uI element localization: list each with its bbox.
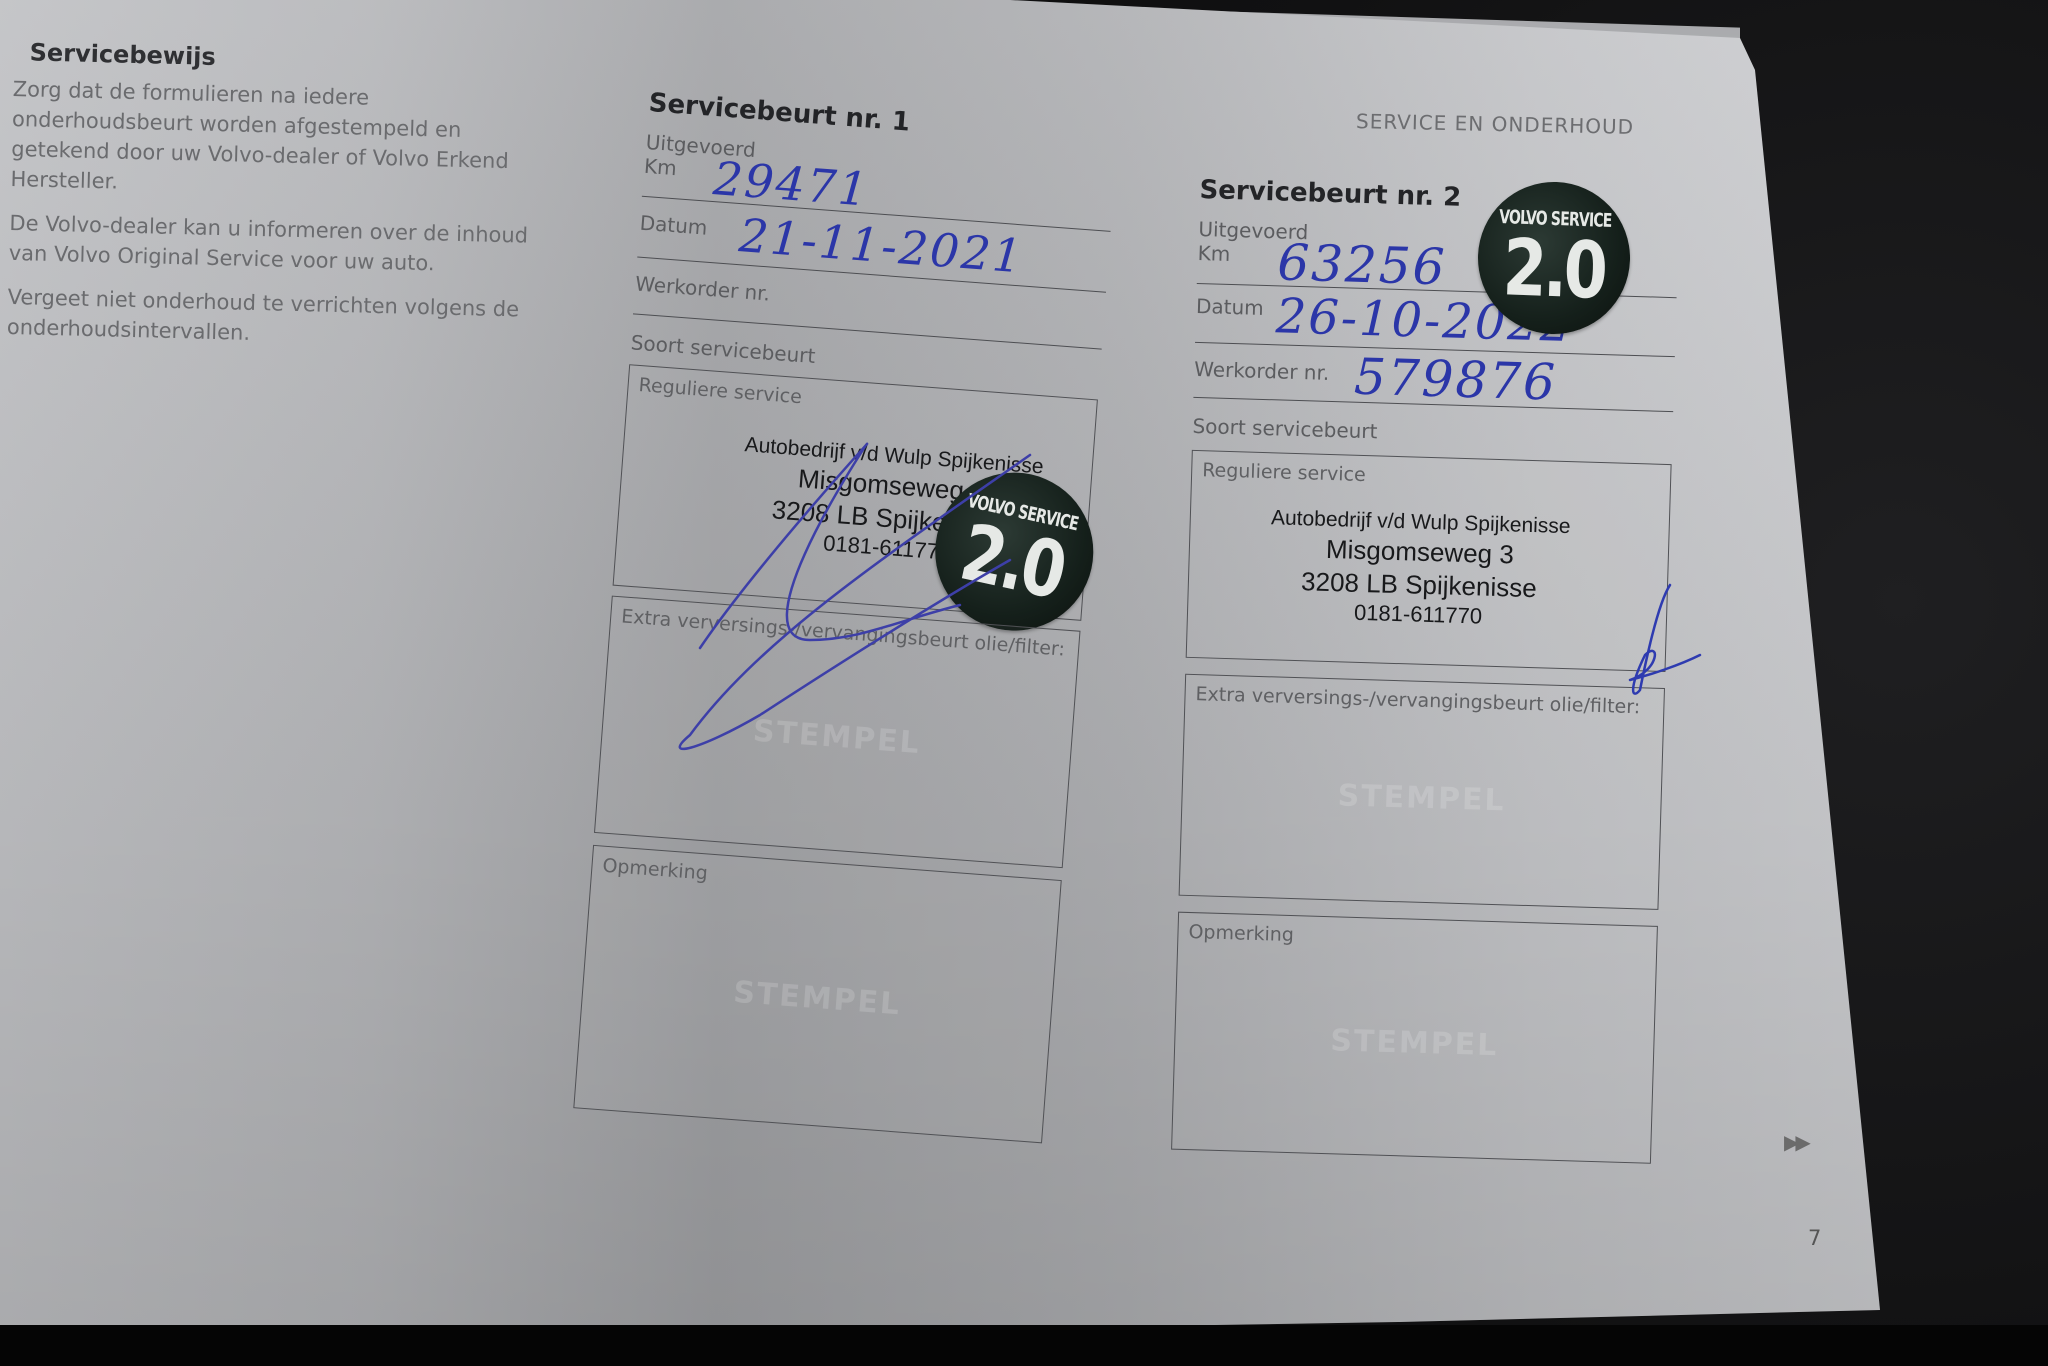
- date-label: Datum: [639, 211, 708, 240]
- extra-service-box[interactable]: Extra verversings-/vervangingsbeurt olie…: [1179, 674, 1665, 910]
- sticker-version: 2.0: [1484, 228, 1624, 313]
- regular-service-label: Reguliere service: [638, 374, 803, 408]
- service-record-1: Servicebeurt nr. 1 Uitgevoerd Km 29471 D…: [573, 88, 1118, 1143]
- service-type-label: Soort servicebeurt: [630, 330, 816, 368]
- stamp-placeholder: STEMPEL: [1182, 774, 1661, 823]
- regular-service-label: Reguliere service: [1202, 459, 1366, 486]
- regular-service-box[interactable]: Reguliere service Autobedrijf v/d Wulp S…: [613, 364, 1098, 621]
- page-number: 7: [1808, 1226, 1821, 1250]
- bottom-shadow: [0, 1325, 2048, 1366]
- km-label: Km: [643, 154, 677, 180]
- intro-paragraph: Vergeet niet onderhoud te verrichten vol…: [7, 282, 548, 355]
- work-order-value: 579876: [1353, 348, 1558, 412]
- remark-label: Opmerking: [602, 855, 709, 885]
- remark-box[interactable]: Opmerking STEMPEL: [573, 845, 1061, 1143]
- stamp-placeholder: STEMPEL: [602, 703, 1071, 773]
- extra-service-label: Extra verversings-/vervangingsbeurt olie…: [1195, 683, 1640, 718]
- remark-label: Opmerking: [1188, 921, 1294, 946]
- regular-service-box[interactable]: Reguliere service Autobedrijf v/d Wulp S…: [1186, 450, 1672, 672]
- stamp-placeholder: STEMPEL: [1175, 1019, 1654, 1068]
- work-order-label: Werkorder nr.: [634, 271, 771, 305]
- next-page-icon: ▶▶: [1784, 1130, 1807, 1154]
- service-type-label: Soort servicebeurt: [1192, 414, 1378, 443]
- work-order-label: Werkorder nr.: [1194, 357, 1330, 385]
- km-label: Km: [1197, 241, 1230, 266]
- service-record-2: Servicebeurt nr. 2 Uitgevoerd Km 63256 D…: [1171, 175, 1680, 1164]
- intro-section: Servicebewijs Zorg dat de formulieren na…: [6, 38, 554, 369]
- stamp-placeholder: STEMPEL: [583, 963, 1052, 1033]
- intro-paragraph: De Volvo-dealer kan u informeren over de…: [8, 208, 549, 281]
- date-label: Datum: [1196, 294, 1264, 320]
- dealer-stamp: Autobedrijf v/d Wulp Spijkenisse Misgoms…: [1228, 504, 1611, 634]
- extra-service-box[interactable]: Extra verversings-/vervangingsbeurt olie…: [594, 596, 1081, 869]
- remark-box[interactable]: Opmerking STEMPEL: [1171, 912, 1658, 1164]
- intro-paragraph: Zorg dat de formulieren na iedere onderh…: [10, 74, 553, 207]
